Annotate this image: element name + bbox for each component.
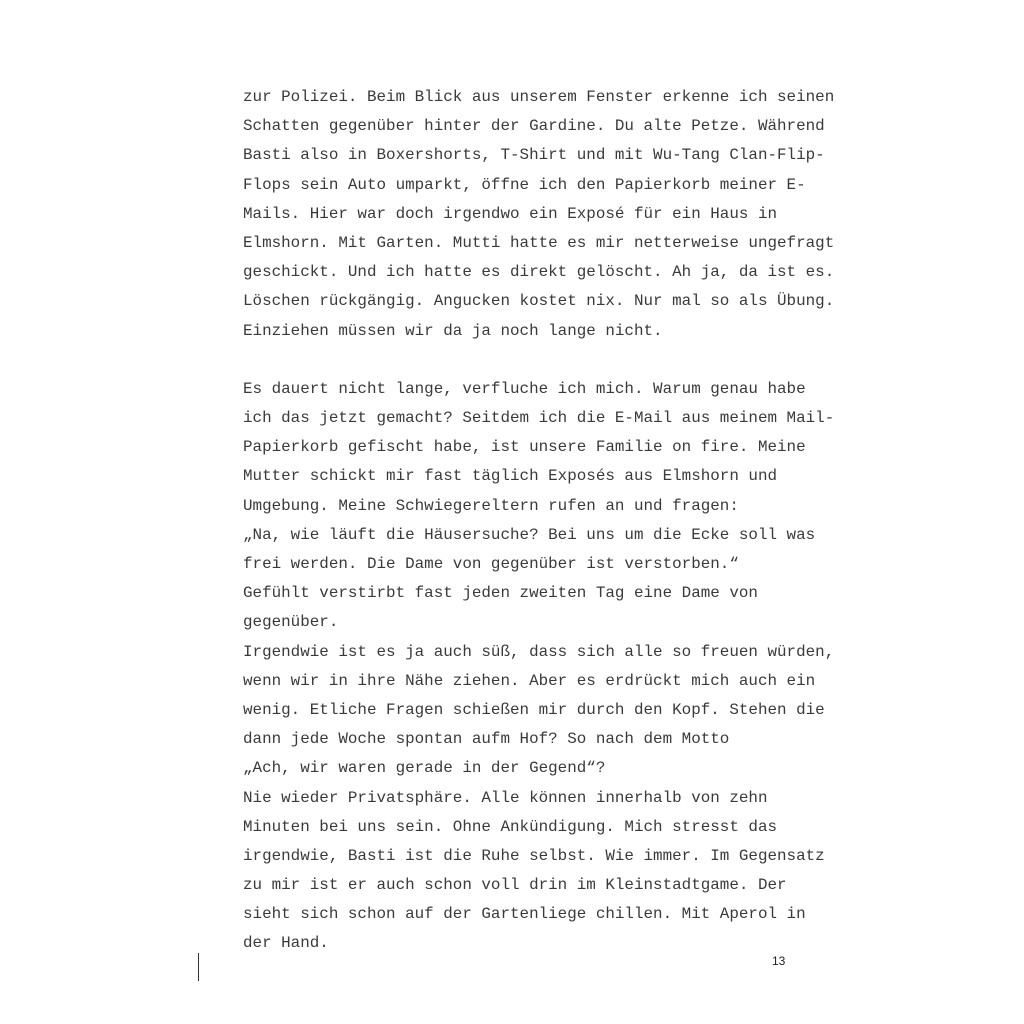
text-line: Mutter schickt mir fast täglich Exposés …	[243, 462, 843, 491]
text-line: Irgendwie ist es ja auch süß, dass sich …	[243, 638, 843, 667]
body-text[interactable]: zur Polizei. Beim Blick aus unserem Fens…	[243, 83, 843, 959]
paragraph: zur Polizei. Beim Blick aus unserem Fens…	[243, 83, 843, 346]
text-line: „Ach, wir waren gerade in der Gegend“?	[243, 754, 843, 783]
text-line: „Na, wie läuft die Häusersuche? Bei uns …	[243, 521, 843, 550]
text-line: dann jede Woche spontan aufm Hof? So nac…	[243, 725, 843, 754]
text-line: Einziehen müssen wir da ja noch lange ni…	[243, 317, 843, 346]
text-line: Schatten gegenüber hinter der Gardine. D…	[243, 112, 843, 141]
text-line: Gefühlt verstirbt fast jeden zweiten Tag…	[243, 579, 843, 608]
text-line: Minuten bei uns sein. Ohne Ankündigung. …	[243, 813, 843, 842]
text-line: Nie wieder Privatsphäre. Alle können inn…	[243, 784, 843, 813]
text-line: Basti also in Boxershorts, T-Shirt und m…	[243, 141, 843, 170]
text-line: wenig. Etliche Fragen schießen mir durch…	[243, 696, 843, 725]
text-line: irgendwie, Basti ist die Ruhe selbst. Wi…	[243, 842, 843, 871]
text-line: frei werden. Die Dame von gegenüber ist …	[243, 550, 843, 579]
text-line: Elmshorn. Mit Garten. Mutti hatte es mir…	[243, 229, 843, 258]
text-line: zu mir ist er auch schon voll drin im Kl…	[243, 871, 843, 900]
text-line: Flops sein Auto umparkt, öffne ich den P…	[243, 171, 843, 200]
paragraph-spacer	[243, 346, 843, 375]
text-line: sieht sich schon auf der Gartenliege chi…	[243, 900, 843, 929]
paragraph: Es dauert nicht lange, verfluche ich mic…	[243, 375, 843, 959]
text-line: Umgebung. Meine Schwiegereltern rufen an…	[243, 492, 843, 521]
text-line: geschickt. Und ich hatte es direkt gelös…	[243, 258, 843, 287]
document-page: zur Polizei. Beim Blick aus unserem Fens…	[0, 0, 1024, 1024]
text-line: ich das jetzt gemacht? Seitdem ich die E…	[243, 404, 843, 433]
text-line: Löschen rückgängig. Angucken kostet nix.…	[243, 287, 843, 316]
page-number: 13	[772, 954, 785, 968]
text-line: Papierkorb gefischt habe, ist unsere Fam…	[243, 433, 843, 462]
text-line: wenn wir in ihre Nähe ziehen. Aber es er…	[243, 667, 843, 696]
text-cursor	[198, 953, 199, 981]
text-line: Es dauert nicht lange, verfluche ich mic…	[243, 375, 843, 404]
text-line: zur Polizei. Beim Blick aus unserem Fens…	[243, 83, 843, 112]
text-line: gegenüber.	[243, 608, 843, 637]
text-line: der Hand.	[243, 929, 843, 958]
text-line: Mails. Hier war doch irgendwo ein Exposé…	[243, 200, 843, 229]
